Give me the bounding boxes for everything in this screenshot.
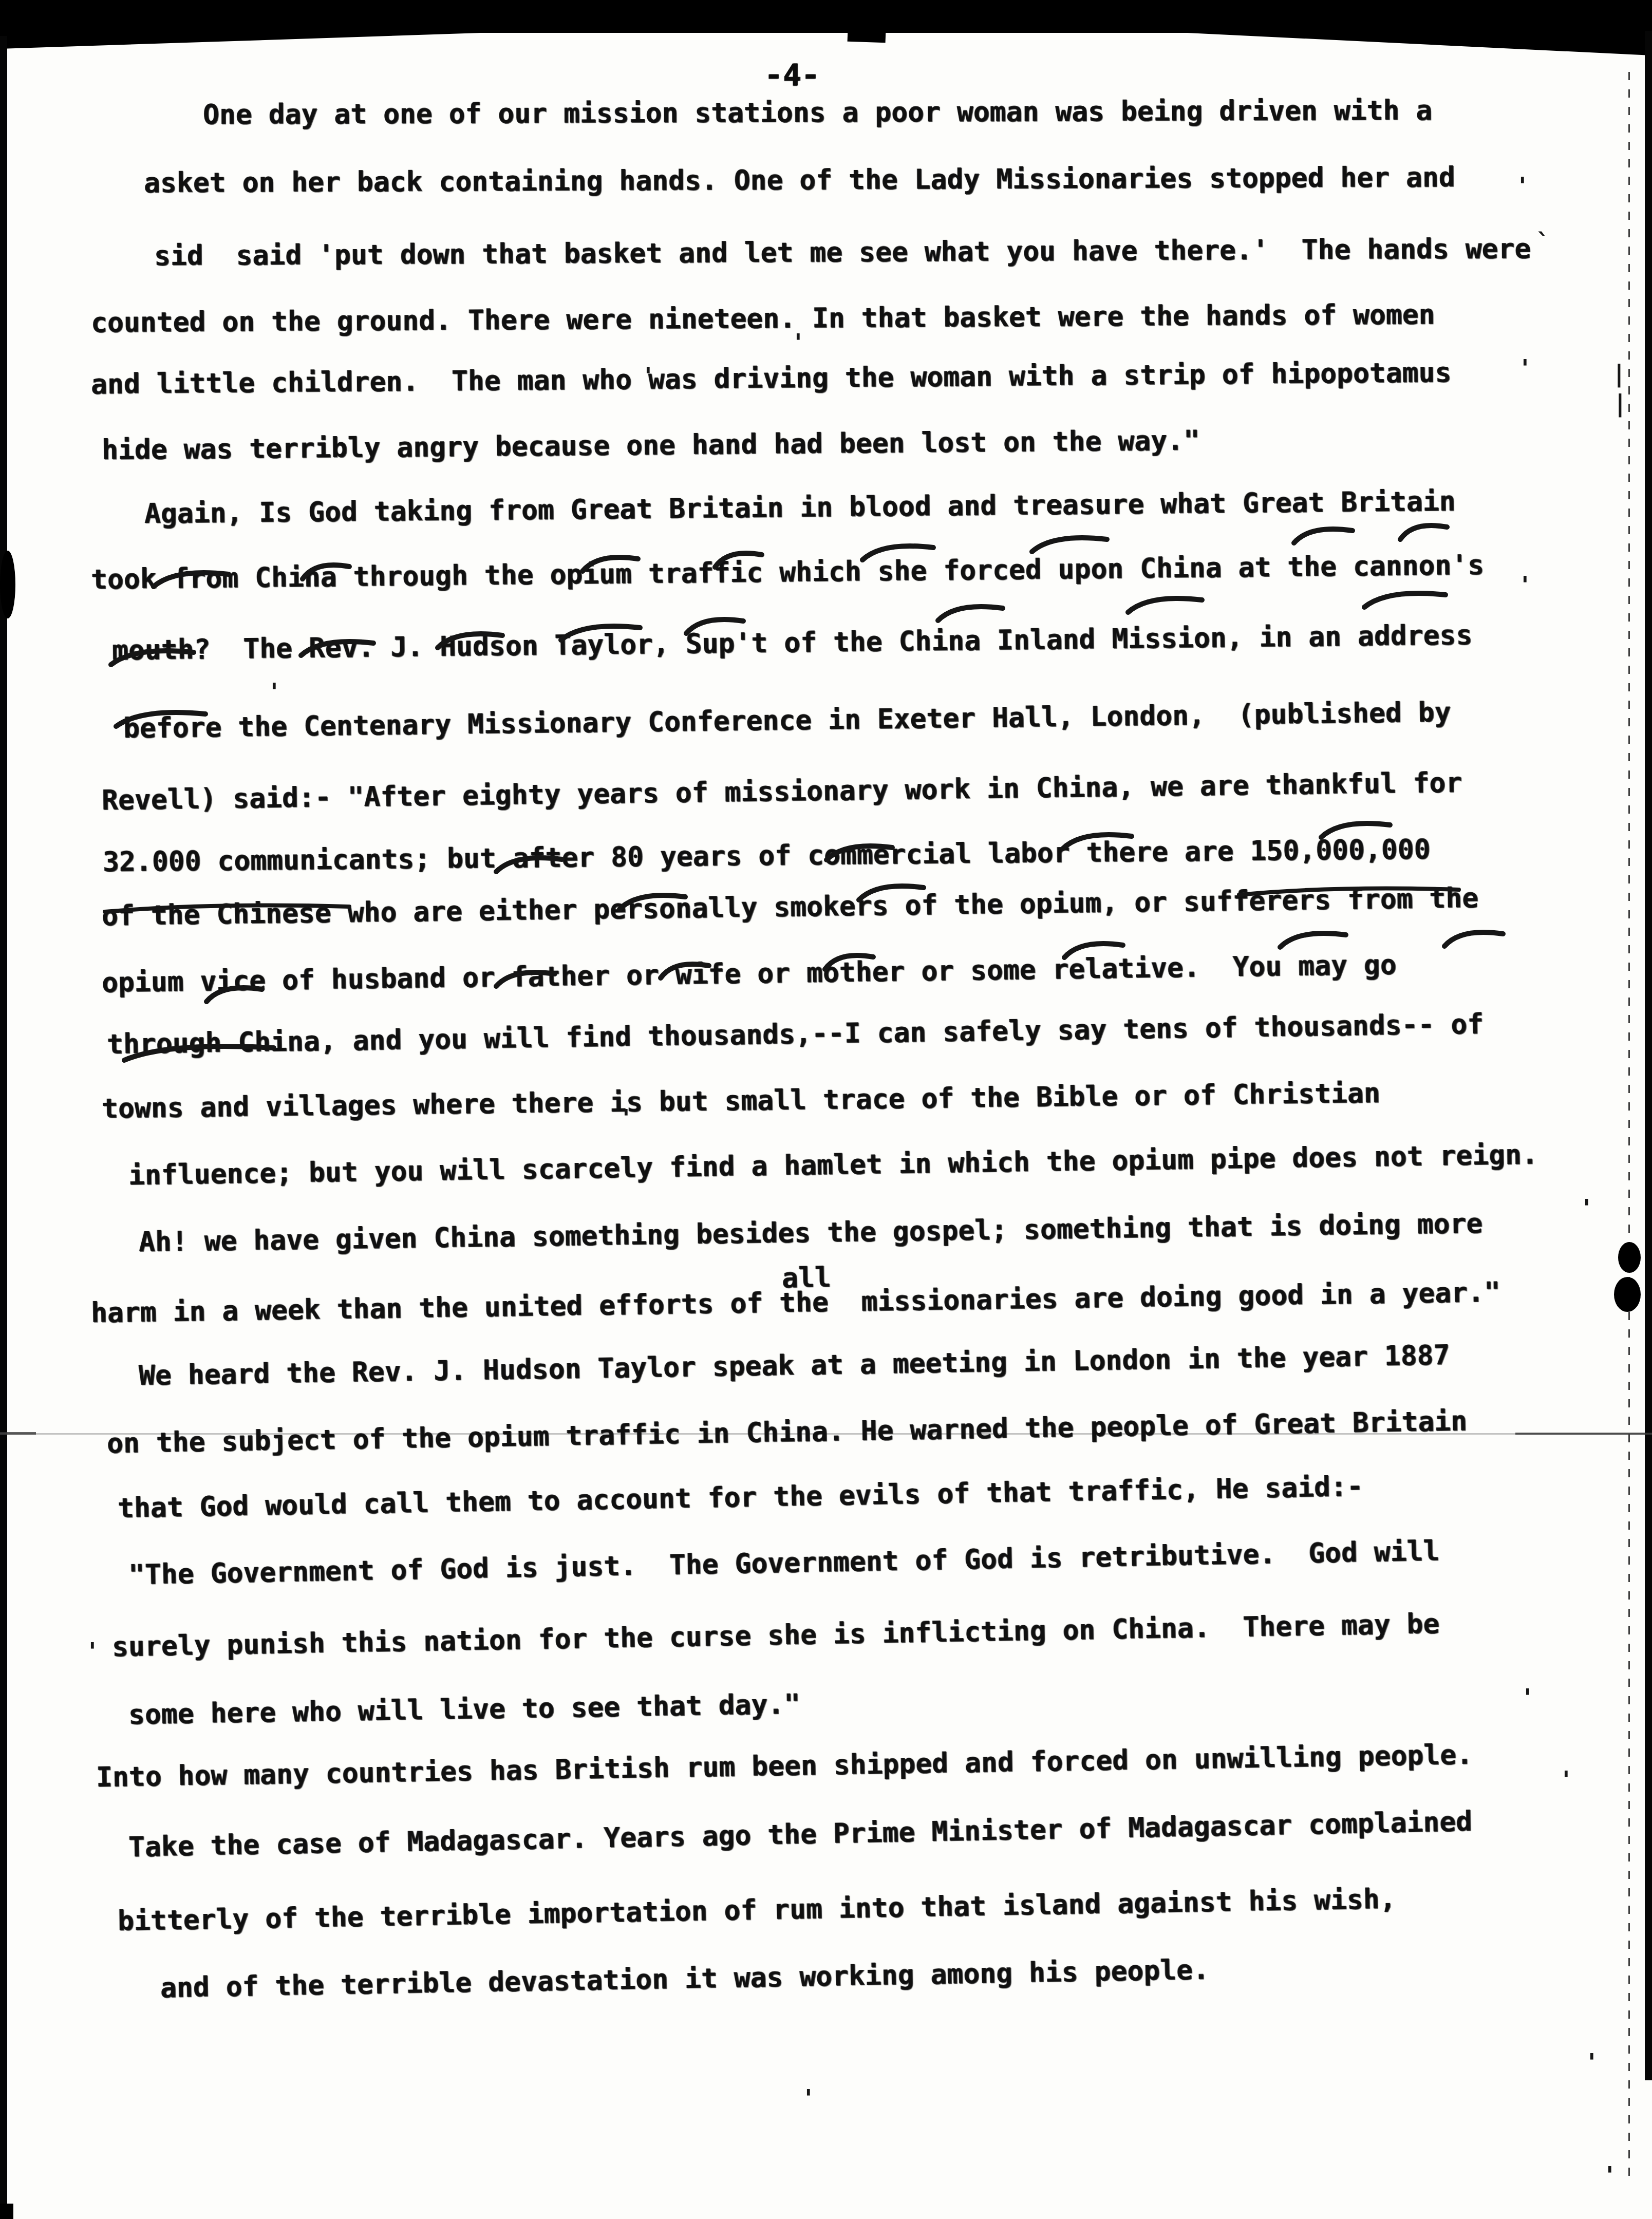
- scan-speck: ': [641, 362, 655, 390]
- pencil-underline-mark: [580, 550, 643, 576]
- typescript-line-20: We heard the Rev. J. Hudson Taylor speak…: [139, 1342, 1450, 1389]
- page-number: -4-: [764, 58, 820, 92]
- scan-edge-left: [0, 36, 7, 2219]
- scan-speck: ': [791, 329, 805, 356]
- scan-speck: |: [1612, 360, 1626, 387]
- pencil-underline-mark: [1061, 827, 1137, 854]
- scan-speck: ': [1520, 1684, 1535, 1712]
- pencil-underline-mark: [1398, 518, 1452, 544]
- scan-speck: ': [267, 678, 281, 706]
- pencil-underline-mark: [1442, 925, 1508, 951]
- fold-line: [1628, 72, 1630, 2183]
- typescript-line-4: counted on the ground. There were ninete…: [91, 301, 1435, 336]
- ink-blob: [1618, 1242, 1641, 1273]
- typescript-line-15: through China, and you will find thousan…: [107, 1010, 1484, 1058]
- typescript-line-12: 32.000 communicants; but after 80 years …: [103, 836, 1431, 876]
- document-page: -4- One day at one of our mission statio…: [0, 0, 1652, 2219]
- pencil-underline-mark: [299, 634, 379, 661]
- pencil-underline-mark: [713, 546, 767, 572]
- interlined-insertion-word: all: [782, 1264, 831, 1292]
- typescript-line-14: opium vice of husband or father or wife …: [102, 951, 1397, 996]
- typescript-line-17: influence; but you will scarcely find a …: [128, 1141, 1538, 1189]
- scan-speck: |: [1613, 389, 1627, 417]
- pencil-underline-mark: [857, 878, 929, 905]
- scan-speck: ': [1518, 571, 1532, 599]
- pencil-underline-mark: [436, 626, 508, 653]
- typescript-line-27: Take the case of Madagascar. Years ago t…: [128, 1808, 1472, 1861]
- pencil-underline-mark: [1237, 879, 1464, 906]
- pencil-underline-mark: [824, 838, 897, 865]
- typescript-line-21: on the subject of the opium traffic in C…: [107, 1407, 1468, 1457]
- pencil-underline-mark: [659, 956, 714, 983]
- scan-edge-right: [1645, 31, 1652, 2080]
- pencil-underline-mark: [1030, 530, 1112, 557]
- typescript-line-18: Ah! we have given China something beside…: [139, 1210, 1483, 1256]
- pencil-underline-mark: [494, 850, 567, 877]
- scan-edge-notch: [848, 28, 886, 43]
- pencil-underline-mark: [559, 618, 645, 645]
- pencil-underline-mark: [204, 980, 267, 1007]
- pencil-underline-mark: [860, 538, 938, 565]
- pencil-underline-mark: [152, 565, 234, 592]
- scan-corner-bottom-left: [0, 2204, 13, 2219]
- scan-edge-top-left: [0, 0, 591, 49]
- typescript-line-28: bitterly of the terrible importation of …: [118, 1886, 1396, 1935]
- scan-speck: ': [1603, 2161, 1617, 2189]
- pencil-underline-mark: [1062, 936, 1128, 963]
- typescript-line-25: some here who will live to see that day.…: [128, 1690, 801, 1728]
- pencil-underline-mark: [823, 948, 878, 974]
- pencil-underline-mark: [494, 965, 560, 991]
- typescript-line-5: and little children. The man who was dri…: [91, 359, 1452, 398]
- pencil-underline-mark: [1319, 816, 1395, 842]
- pencil-underline-mark: [301, 557, 354, 584]
- pencil-underline-mark: [1126, 591, 1207, 617]
- typescript-line-24: surely punish this nation for the curse …: [112, 1610, 1440, 1661]
- ink-blob: [0, 551, 15, 618]
- typescript-line-10: before the Centenary Missionary Conferen…: [123, 699, 1451, 742]
- pencil-underline-mark: [1278, 926, 1351, 952]
- typescript-line-8: took from China through the opium traffi…: [91, 552, 1485, 593]
- scan-artifact-line-right: [1515, 1433, 1652, 1435]
- typescript-line-11: Revell) said:- "After eighty years of mi…: [102, 769, 1462, 814]
- pencil-underline-mark: [114, 705, 211, 731]
- scan-speck: ': [1585, 2048, 1599, 2076]
- typescript-line-1: One day at one of our mission stations a…: [203, 97, 1432, 128]
- typescript-line-2: asket on her back containing hands. One …: [144, 164, 1455, 197]
- scan-speck: ': [1518, 354, 1532, 382]
- pencil-underline-mark: [617, 888, 690, 914]
- typescript-line-29: and of the terrible devastation it was w…: [160, 1956, 1210, 2002]
- scan-speck: ': [1515, 172, 1530, 200]
- scan-speck: ': [619, 1104, 633, 1132]
- typescript-line-26: Into how many countries has British rum …: [96, 1741, 1473, 1791]
- scan-edge-top-right: [1151, 0, 1652, 55]
- pencil-underline-mark: [109, 643, 199, 670]
- pencil-underline-mark: [1292, 521, 1358, 548]
- scan-artifact-line-left: [0, 1432, 36, 1435]
- scan-speck: ': [1559, 1766, 1573, 1794]
- pencil-underline-mark: [122, 1039, 279, 1065]
- typescript-line-23: "The Government of God is just. The Gove…: [128, 1537, 1440, 1589]
- scan-speck: ': [801, 2084, 816, 2112]
- typescript-line-16: towns and villages where there is but sm…: [102, 1080, 1380, 1122]
- typescript-line-22: that God would call them to account for …: [118, 1473, 1364, 1522]
- scan-speck: ': [1580, 1194, 1594, 1222]
- pencil-underline-mark: [1362, 586, 1451, 612]
- pencil-underline-mark: [936, 599, 1008, 626]
- scan-speck: `: [1536, 229, 1550, 256]
- ink-blob: [1614, 1277, 1641, 1312]
- typescript-line-3: sid said 'put down that basket and let m…: [154, 235, 1531, 270]
- typescript-line-6: hide was terribly angry because one hand…: [102, 427, 1200, 464]
- pencil-underline-mark: [684, 612, 748, 638]
- typescript-line-7: Again, Is God taking from Great Britain …: [144, 487, 1456, 528]
- scan-speck: ': [85, 1638, 100, 1665]
- pencil-underline-mark: [103, 896, 354, 923]
